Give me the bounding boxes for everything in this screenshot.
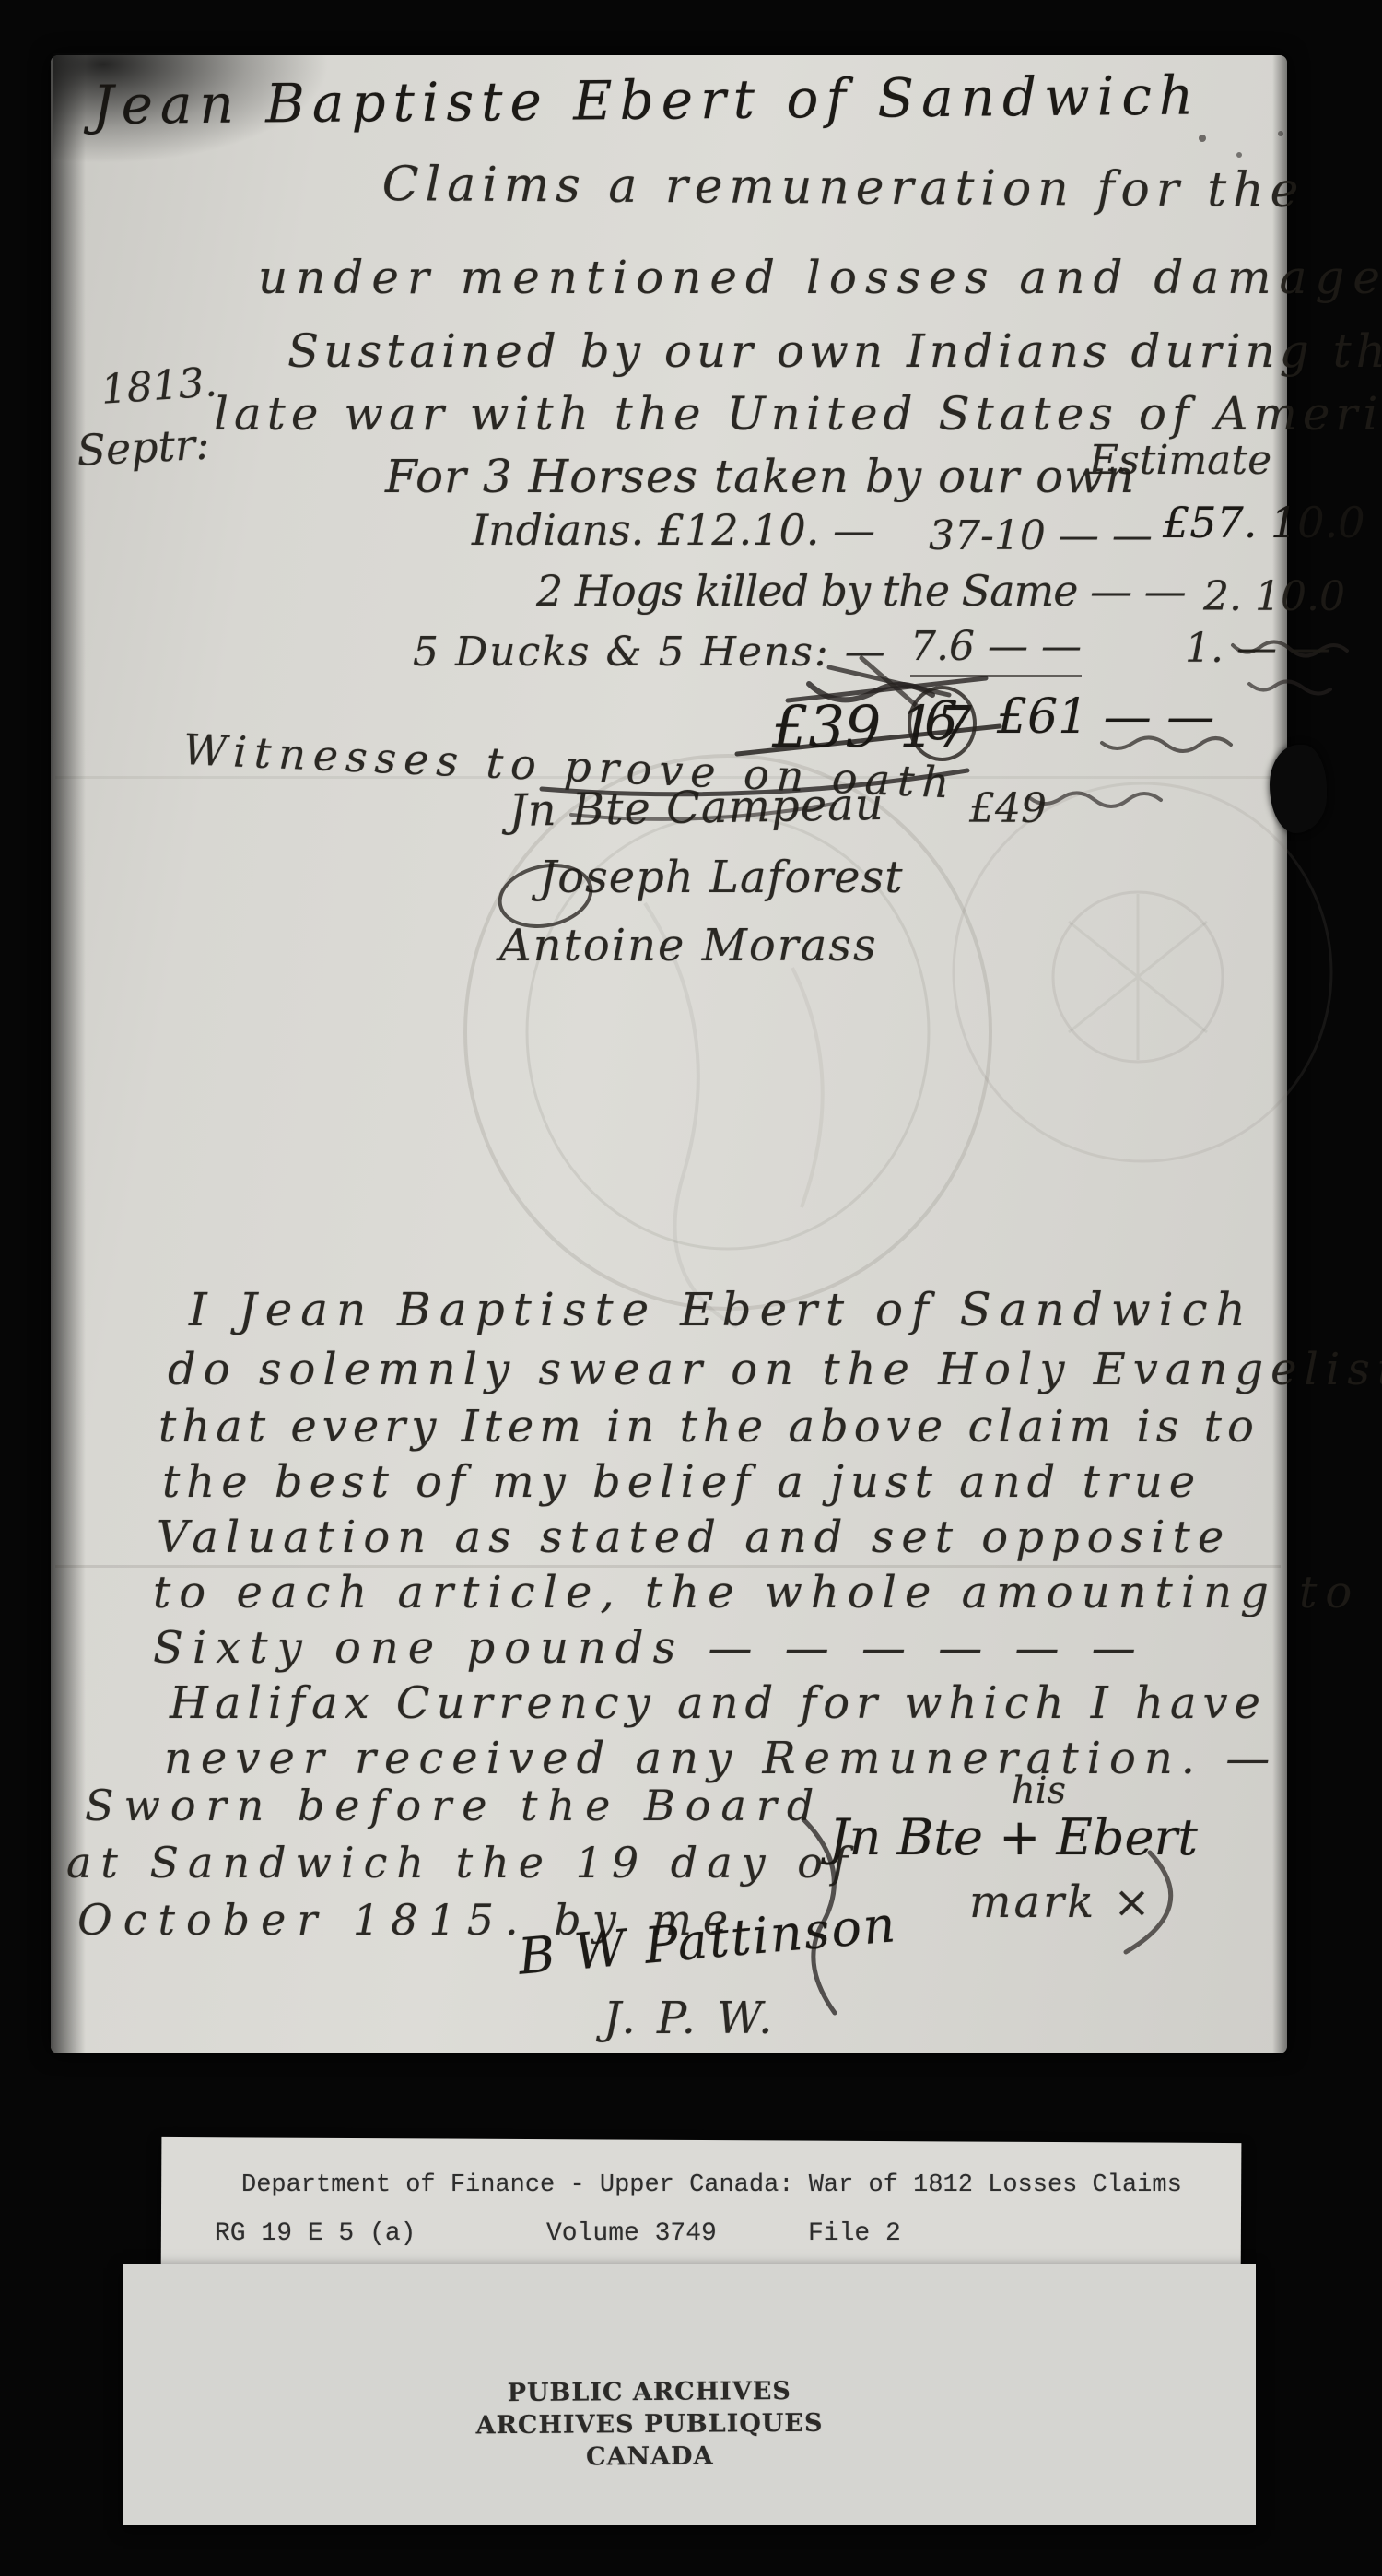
margin-year: 1813.: [100, 359, 218, 414]
mark-word: mark ×: [969, 1876, 1154, 1928]
claim-line-2: under mentioned losses and damages: [258, 251, 1382, 304]
oath-line-3: that every Item in the above claim is to: [158, 1401, 1259, 1453]
archive-label-volume: Volume 3749: [546, 2219, 717, 2248]
item-ducks: 5 Ducks & 5 Hens: —: [413, 629, 887, 676]
stamp-line-2: ARCHIVES PUBLIQUES: [387, 2406, 912, 2442]
item-horses: For 3 Horses taken by our own: [385, 450, 1135, 503]
archive-label-title: Department of Finance - Upper Canada: Wa…: [241, 2171, 1182, 2199]
board-initials: J. P. W.: [603, 1993, 776, 2044]
oath-line-7: Sixty one pounds — — — — — —: [153, 1622, 1145, 1674]
witness-signature-3: Antoine Morass: [499, 920, 878, 971]
item-ducks-subtotal: 7.6 — —: [910, 623, 1082, 677]
claim-line-4: late war with the United States of Ameri…: [214, 387, 1382, 441]
oath-line-5: Valuation as stated and set opposite: [157, 1511, 1231, 1563]
ink-blot: [1270, 745, 1327, 833]
claimant-mark-name: Jn Bte + Ebert: [829, 1808, 1198, 1866]
crossed-total-circled-digit: 6: [908, 686, 977, 761]
claimant-heading: Jean Baptiste Ebert of Sandwich: [92, 65, 1200, 136]
oath-line-9: never received any Remuneration. —: [164, 1733, 1278, 1784]
corrected-total: £61 — —: [997, 689, 1214, 745]
attestation-place: at Sandwich the 19 day of: [66, 1838, 857, 1888]
item-horses-subtotal: 37-10 — —: [929, 512, 1153, 559]
item-hogs: 2 Hogs killed by the Same — —: [536, 566, 1186, 616]
witness-signature-2: Joseph Laforest: [539, 852, 904, 903]
witness-signature-1: Jn Bte Campeau: [509, 779, 884, 837]
claim-line-3: Sustained by our own Indians during the: [287, 324, 1382, 378]
item-horses-price: Indians. £12.10. —: [472, 505, 875, 555]
attestation-sworn: Sworn before the Board: [85, 1781, 824, 1830]
microfilm-frame: Jean Baptiste Ebert of Sandwich Claims a…: [0, 0, 1382, 2576]
claim-line-1: Claims a remuneration for the: [382, 157, 1306, 218]
oath-line-1: I Jean Baptiste Ebert of Sandwich: [189, 1283, 1254, 1336]
item-hogs-amount: 2. 10.0: [1203, 573, 1345, 620]
public-archives-stamp: PUBLIC ARCHIVES ARCHIVES PUBLIQUES CANAD…: [387, 2374, 913, 2475]
archive-label-rg: RG 19 E 5 (a): [215, 2219, 416, 2248]
item-horses-amount: £57. 10.0: [1163, 498, 1364, 547]
stamp-line-1: PUBLIC ARCHIVES: [387, 2374, 912, 2410]
stamp-line-3: CANADA: [387, 2439, 912, 2475]
oath-line-6: to each article, the whole amounting to: [153, 1567, 1360, 1618]
total-note: £49: [969, 785, 1047, 832]
mark-his: his: [1012, 1770, 1066, 1812]
oath-line-2: do solemnly swear on the Holy Evangelist…: [168, 1344, 1382, 1395]
oath-line-4: the best of my belief a just and true: [162, 1456, 1201, 1508]
oath-line-8: Halifax Currency and for which I have: [170, 1677, 1267, 1729]
estimate-column-header: Estimate: [1089, 437, 1271, 484]
archive-label-file: File 2: [808, 2219, 901, 2248]
item-ducks-amount: 1. — —: [1185, 625, 1330, 672]
margin-month: Septr:: [76, 418, 211, 475]
